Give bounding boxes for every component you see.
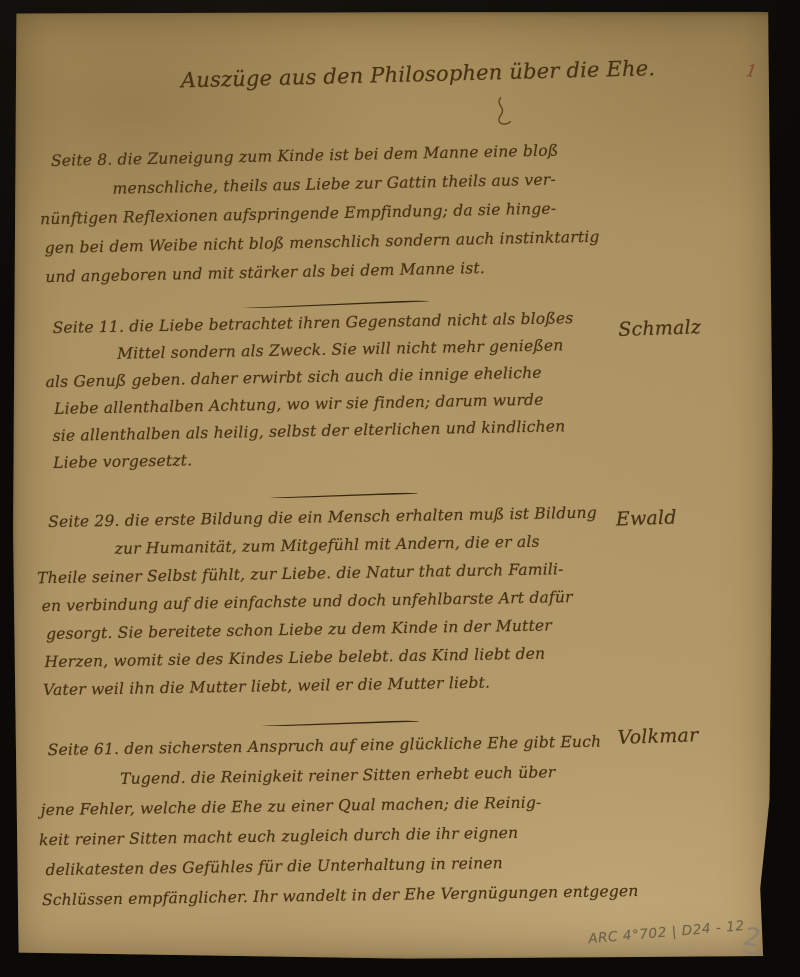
- margin-note-schmalz: Schmalz: [618, 316, 701, 341]
- section-divider: [268, 492, 418, 499]
- manuscript-paragraph-seite-8: Seite 8. die Zuneigung zum Kinde ist bei…: [37, 135, 650, 293]
- margin-note-ewald: Ewald: [616, 507, 677, 531]
- title-flourish-icon: [481, 95, 521, 129]
- margin-note-volkmar: Volkmar: [617, 724, 699, 749]
- manuscript-paragraph-seite-11: Seite 11. die Liebe betrachtet ihren Geg…: [36, 304, 649, 477]
- page-title: Auszüge aus den Philosophen über die Ehe…: [181, 58, 601, 93]
- manuscript-paragraph-seite-29: Seite 29. die erste Bildung die ein Mens…: [36, 498, 649, 704]
- manuscript-paragraph-seite-61: Seite 61. den sichersten Anspruch auf ei…: [35, 726, 648, 915]
- section-divider: [259, 720, 419, 727]
- manuscript-page: Auszüge aus den Philosophen über die Ehe…: [11, 10, 775, 961]
- archive-shelfmark: ARC 4°702 | D24 - 12: [588, 918, 746, 947]
- folio-number: 1: [745, 61, 759, 82]
- scan-background: Auszüge aus den Philosophen über die Ehe…: [0, 0, 800, 977]
- pencil-page-number: 2: [741, 922, 767, 956]
